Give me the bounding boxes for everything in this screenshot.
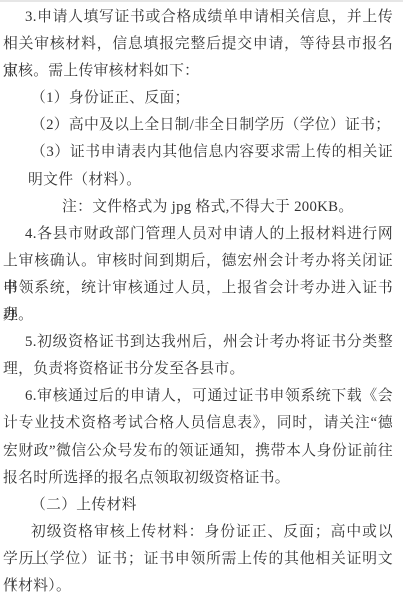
- document-body: 3.申请人填写证书或合格成绩单申请相关信息，并上传相关审核材料，信息填报完整后提…: [0, 2, 403, 600]
- text-line: 5.初级资格证书到达我州后，州会计考办将证书分类整: [0, 329, 403, 356]
- text-line: （3）证书申请表内其他信息内容要求需上传的相关证: [0, 139, 403, 166]
- text-line: 相关审核材料，信息填报完整后提交申请，等待县市报名点: [0, 31, 403, 58]
- text-line: 4.各县市财政部门管理人员对申请人的上报材料进行网: [0, 221, 403, 248]
- text-line: （2）高中及以上全日制/非全日制学历（学位）证书；: [0, 112, 403, 139]
- text-line: （二）上传材料: [0, 492, 403, 519]
- text-line: 理，负责将资格证书分发至各县市。: [0, 356, 403, 383]
- text-line: 学历（学位）证书；证书申领所需上传的其他相关证明文件: [0, 546, 403, 573]
- text-line: 宏财政”微信公众号发布的领证通知，携带本人身份证前往: [0, 438, 403, 465]
- text-line: 报名时所选择的报名点领取初级资格证书。: [0, 465, 403, 492]
- text-line: 理。: [0, 302, 403, 329]
- text-line: 6.审核通过后的申请人，可通过证书申领系统下载《会: [0, 383, 403, 410]
- text-line: 计专业技术资格考试合格人员信息表》，同时，请关注“德: [0, 410, 403, 437]
- text-line: 初级资格审核上传材料：身份证正、反面；高中或以上: [0, 519, 403, 546]
- text-line: （材料）。: [0, 573, 403, 600]
- document-page: 3.申请人填写证书或合格成绩单申请相关信息，并上传相关审核材料，信息填报完整后提…: [0, 0, 403, 600]
- text-line: 审核。需上传审核材料如下：: [0, 58, 403, 85]
- text-line: 上审核确认。审核时间到期后，德宏州会计考办将关闭证书: [0, 248, 403, 275]
- text-line: 注：文件格式为 jpg 格式,不得大于 200KB。: [0, 194, 403, 221]
- text-line: 明文件（材料）。: [0, 167, 403, 194]
- text-line: 3.申请人填写证书或合格成绩单申请相关信息，并上传: [0, 4, 403, 31]
- text-line: 申领系统，统计审核通过人员，上报省会计考办进入证书办: [0, 275, 403, 302]
- text-line: （1）身份证正、反面；: [0, 85, 403, 112]
